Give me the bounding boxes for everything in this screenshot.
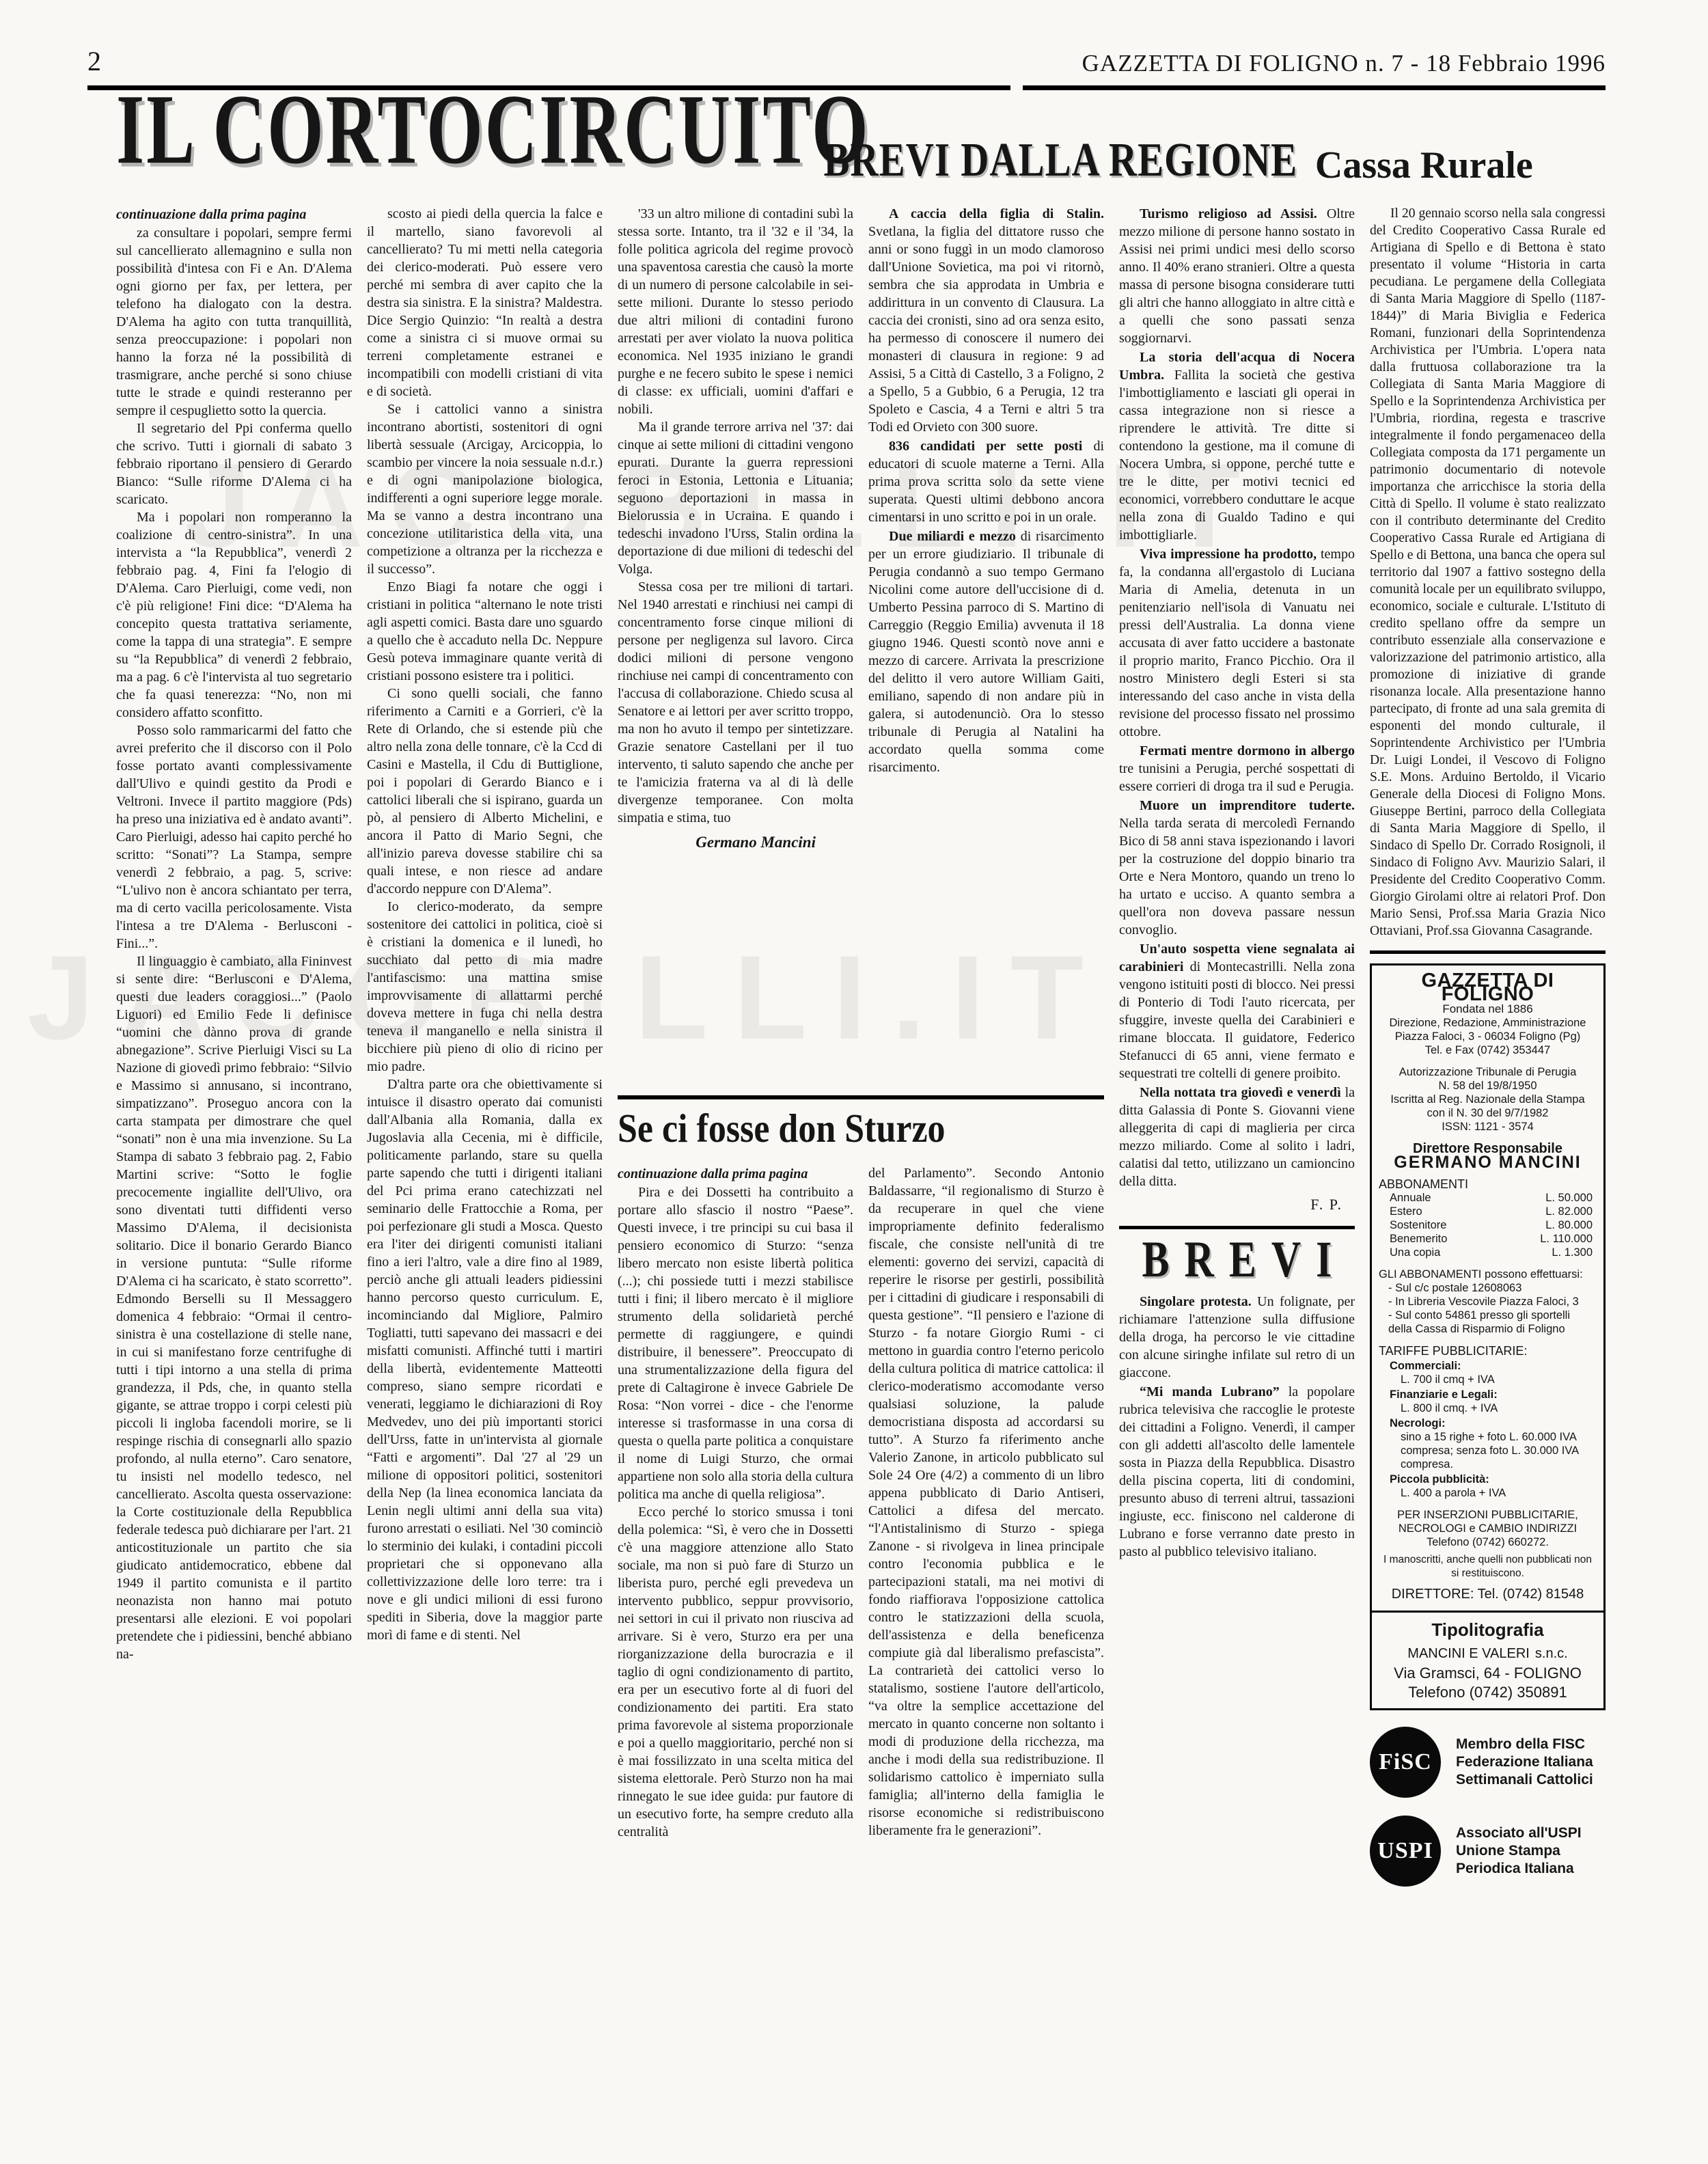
subscription-price: L. 82.000	[1545, 1205, 1593, 1218]
paragraph: Se i cattolici vanno a sinistra incontra…	[367, 400, 603, 578]
news-item-text: Oltre mezzo milione di persone hanno sos…	[1119, 206, 1355, 346]
news-item-text: la popolare rubrica televisiva che racco…	[1119, 1384, 1355, 1559]
paragraph: Enzo Biagi fa notare che oggi i cristian…	[367, 578, 603, 685]
news-item-lead: Nella nottata tra giovedì e venerdì	[1140, 1085, 1345, 1100]
print-shop-phone: Telefono (0742) 350891	[1377, 1684, 1598, 1701]
headline-il-cortocircuito: IL CORTOCIRCUITO	[116, 72, 824, 187]
news-item-lead: 836 candidati per sette posti	[889, 439, 1093, 454]
sturzo-columns: continuazione dalla prima pagina Pira e …	[618, 1164, 1104, 1841]
ad-contact: PER INSERZIONI PUBBLICITARIE, NECROLOGI …	[1379, 1508, 1597, 1549]
brevi-regione-column-1: A caccia della figlia di Stalin.Svetlana…	[868, 205, 1104, 1090]
subscription-row: Estero L. 82.000	[1379, 1205, 1597, 1218]
author-initials: F. P.	[1119, 1196, 1355, 1214]
section-divider	[1370, 950, 1606, 954]
subscription-row: Benemerito L. 110.000	[1379, 1232, 1597, 1246]
director-phone: DIRETTORE: Tel. (0742) 81548	[1379, 1587, 1597, 1601]
masthead-line: Autorizzazione Tribunale di Perugia	[1379, 1065, 1597, 1079]
subscription-label: Sostenitore	[1390, 1218, 1446, 1232]
paragraph: Stessa cosa per tre milioni di tartari. …	[618, 578, 853, 827]
subscriptions-title: ABBONAMENTI	[1379, 1177, 1597, 1191]
affiliations: FiSC Membro della FISCFederazione Italia…	[1370, 1727, 1606, 1887]
subscription-method: - Sul conto 54861 presso gli sportelli d…	[1379, 1309, 1597, 1336]
masthead-line: Piazza Faloci, 3 - 06034 Foligno (Pg)	[1379, 1030, 1597, 1043]
news-item: Nella nottata tra giovedì e venerdìla di…	[1119, 1084, 1355, 1190]
ad-rate-label: Necrologi:	[1379, 1416, 1597, 1430]
ad-rate: Necrologi: sino a 15 righe + foto L. 60.…	[1379, 1416, 1597, 1471]
subscription-note-title: GLI ABBONAMENTI possono effettuarsi:	[1379, 1268, 1597, 1281]
headline-se-ci-fosse-don-sturzo: Se ci fosse don Sturzo	[618, 1106, 1104, 1152]
news-item-lead: “Mi manda Lubrano”	[1140, 1384, 1289, 1399]
paragraph: Ci sono quelli sociali, che fanno riferi…	[367, 685, 603, 898]
column-text: Pira e dei Dossetti ha contribuito a por…	[618, 1183, 853, 1841]
news-item-text: la ditta Galassia di Ponte S. Giovanni v…	[1119, 1085, 1355, 1189]
news-item-lead: Singolare protesta.	[1140, 1294, 1257, 1309]
paragraph: Il segretario del Ppi conferma quello ch…	[116, 420, 352, 508]
subscription-price: L. 110.000	[1540, 1232, 1593, 1246]
paragraph: za consultare i popolari, sempre fermi s…	[116, 224, 352, 420]
subscription-price: L. 1.300	[1552, 1246, 1593, 1259]
subscription-price: L. 50.000	[1545, 1191, 1593, 1205]
news-item: A caccia della figlia di Stalin.Svetlana…	[868, 205, 1104, 436]
ad-rate: Commerciali: L. 700 il cmq + IVA	[1379, 1359, 1597, 1386]
news-item: Due miliardi e mezzodi risarcimento per …	[868, 528, 1104, 776]
news-item-text: di Montecastrilli. Nella zona vengono is…	[1119, 959, 1355, 1081]
masthead-line: N. 58 del 19/8/1950	[1379, 1079, 1597, 1093]
uspi-text: Associato all'USPIUnione StampaPeriodica…	[1456, 1824, 1582, 1878]
uspi-text-line: Periodica Italiana	[1456, 1860, 1582, 1878]
subscription-price: L. 80.000	[1545, 1218, 1593, 1232]
paragraph: '33 un altro milione di contadini subì l…	[618, 205, 853, 418]
subscription-method: - In Libreria Vescovile Piazza Faloci, 3	[1379, 1295, 1597, 1309]
cortocircuito-column-1: continuazione dalla prima pagina za cons…	[116, 205, 352, 2118]
print-shop-suffix: s.n.c.	[1535, 1646, 1568, 1661]
ad-rate-value: L. 700 il cmq + IVA	[1379, 1373, 1597, 1386]
cortocircuito-column-3: '33 un altro milione di contadini subì l…	[618, 205, 853, 1090]
subscription-label: Una copia	[1390, 1246, 1440, 1259]
news-item-lead: Turismo religioso ad Assisi.	[1140, 206, 1327, 221]
ad-rate-label: Piccola pubblicità:	[1379, 1473, 1597, 1486]
paragraph: Il linguaggio è cambiato, alla Fininvest…	[116, 953, 352, 1663]
ad-rate-label: Finanziarie e Legali:	[1379, 1388, 1597, 1401]
continuation-note: continuazione dalla prima pagina	[618, 1164, 853, 1183]
fisc-text-line: Membro della FISC	[1456, 1736, 1593, 1753]
news-item-lead: Due miliardi e mezzo	[889, 529, 1021, 544]
print-shop-address: Via Gramsci, 64 - FOLIGNO	[1377, 1665, 1598, 1682]
headline-cassa-rurale: Cassa Rurale	[1315, 143, 1606, 187]
news-item: La storia dell'acqua di Nocera Umbra.Fal…	[1119, 348, 1355, 544]
newspaper-page: JACOBILLI.IT JACOBILLI.IT 2 GAZZETTA DI …	[0, 0, 1708, 2164]
sturzo-article: Se ci fosse don Sturzo continuazione dal…	[618, 1095, 1104, 2118]
uspi-affiliation: USPI Associato all'USPIUnione StampaPeri…	[1370, 1816, 1606, 1887]
news-item-lead: Viva impressione ha prodotto,	[1140, 547, 1321, 562]
ad-rate-label: Commerciali:	[1379, 1359, 1597, 1373]
fisc-affiliation: FiSC Membro della FISCFederazione Italia…	[1370, 1727, 1606, 1798]
news-item: “Mi manda Lubrano”la popolare rubrica te…	[1119, 1383, 1355, 1561]
fisc-text: Membro della FISCFederazione ItalianaSet…	[1456, 1736, 1593, 1789]
print-shop-type: Tipolitografia	[1377, 1619, 1598, 1641]
paragraph: Ecco perché lo storico smussa i toni del…	[618, 1503, 853, 1841]
subscription-row: Una copia L. 1.300	[1379, 1246, 1597, 1259]
paragraph: Io clerico-moderato, da sempre sostenito…	[367, 898, 603, 1076]
subscription-rows: Annuale L. 50.000 Estero L. 82.000 Soste…	[1379, 1191, 1597, 1259]
paragraph: del Parlamento”. Secondo Antonio Baldass…	[868, 1164, 1104, 1839]
news-item: Fermati mentre dormono in albergotre tun…	[1119, 742, 1355, 795]
column-text: scosto ai piedi della quercia la falce e…	[367, 205, 603, 1644]
masthead-address: Direzione, Redazione, AmministrazionePia…	[1379, 1016, 1597, 1057]
brevi-regione-column-2: Turismo religioso ad Assisi.Oltre mezzo …	[1119, 205, 1355, 2118]
news-item-text: Svetlana, la figlia del dittatore russo …	[868, 224, 1104, 435]
masthead-line: Tel. e Fax (0742) 353447	[1379, 1043, 1597, 1057]
uspi-logo-icon: USPI	[1370, 1816, 1441, 1887]
masthead-legal: Autorizzazione Tribunale di PerugiaN. 58…	[1379, 1065, 1597, 1134]
ad-rate-value: sino a 15 righe + foto L. 60.000 IVA com…	[1379, 1430, 1597, 1471]
subscription-label: Annuale	[1390, 1191, 1431, 1205]
ad-rate: Piccola pubblicità: L. 400 a parola + IV…	[1379, 1473, 1597, 1500]
continuation-note: continuazione dalla prima pagina	[116, 205, 352, 224]
ad-rate-value: L. 400 a parola + IVA	[1379, 1486, 1597, 1500]
news-item: Viva impressione ha prodotto,tempo fa, l…	[1119, 545, 1355, 741]
content-grid: continuazione dalla prima pagina za cons…	[116, 205, 1606, 2118]
issue-line: GAZZETTA DI FOLIGNO n. 7 - 18 Febbraio 1…	[1082, 50, 1606, 77]
news-item-text: Fallita la società che gestiva l'imbotti…	[1119, 368, 1355, 543]
column-text: '33 un altro milione di contadini subì l…	[618, 205, 853, 827]
news-item: Un'auto sospetta viene segnalata ai cara…	[1119, 940, 1355, 1082]
subscription-label: Estero	[1390, 1205, 1422, 1218]
subscription-methods: - Sul c/c postale 12608063- In Libreria …	[1379, 1281, 1597, 1336]
news-item: Muore un imprenditore tuderte.Nella tard…	[1119, 797, 1355, 939]
subscription-row: Annuale L. 50.000	[1379, 1191, 1597, 1205]
ad-rates: Commerciali: L. 700 il cmq + IVA Finanzi…	[1379, 1359, 1597, 1500]
news-item: 836 candidati per sette postidi educator…	[868, 437, 1104, 526]
paragraph: Ma i popolari non romperanno la coalizio…	[116, 508, 352, 722]
news-item-text: tre tunisini a Perugia, perché sospettat…	[1119, 761, 1355, 794]
paragraph: Ma il grande terrore arriva nel '37: dai…	[618, 418, 853, 578]
fisc-text-line: Settimanali Cattolici	[1456, 1771, 1593, 1789]
print-shop-box: Tipolitografia MANCINI E VALERI s.n.c. V…	[1370, 1613, 1606, 1710]
uspi-text-line: Associato all'USPI	[1456, 1824, 1582, 1842]
sturzo-column-2: del Parlamento”. Secondo Antonio Baldass…	[868, 1164, 1104, 1841]
ad-rates-title: TARIFFE PUBBLICITARIE:	[1379, 1344, 1597, 1358]
news-item: Singolare protesta.Un folignate, per ric…	[1119, 1293, 1355, 1382]
director-name: GERMANO MANCINI	[1379, 1155, 1597, 1169]
paragraph: scosto ai piedi della quercia la falce e…	[367, 205, 603, 400]
uspi-text-line: Unione Stampa	[1456, 1842, 1582, 1860]
headlines-row: IL CORTOCIRCUITO BREVI DALLA REGIONE Cas…	[116, 104, 1606, 187]
fisc-text-line: Federazione Italiana	[1456, 1753, 1593, 1771]
page-number: 2	[87, 45, 101, 77]
news-item: Turismo religioso ad Assisi.Oltre mezzo …	[1119, 205, 1355, 347]
news-items: Singolare protesta.Un folignate, per ric…	[1119, 1293, 1355, 1561]
news-item-lead: A caccia della figlia di Stalin.	[889, 206, 1104, 221]
paragraph: Pira e dei Dossetti ha contribuito a por…	[618, 1183, 853, 1503]
headline-brevi-dalla-regione: BREVI DALLA REGIONE	[824, 133, 1315, 187]
news-items: Turismo religioso ad Assisi.Oltre mezzo …	[1119, 205, 1355, 1190]
news-item-text: Nella tarda serata di mercoledì Fernando…	[1119, 816, 1355, 937]
masthead-line: Direzione, Redazione, Amministrazione	[1379, 1016, 1597, 1030]
sturzo-column-1: continuazione dalla prima pagina Pira e …	[618, 1164, 853, 1841]
print-shop-name: MANCINI E VALERI s.n.c.	[1377, 1641, 1598, 1663]
masthead-line: Iscritta al Reg. Nazionale della Stampa	[1379, 1093, 1597, 1106]
paragraph: D'altra parte ora che obiettivamente si …	[367, 1076, 603, 1644]
print-shop-name-text: MANCINI E VALERI	[1407, 1646, 1530, 1661]
subscription-method: - Sul c/c postale 12608063	[1379, 1281, 1597, 1295]
headline-brevi: BREVI	[1119, 1230, 1355, 1289]
masthead-title: GAZZETTA DI FOLIGNO	[1379, 974, 1597, 1001]
masthead-founded: Fondata nel 1886	[1379, 1002, 1597, 1016]
right-column: Il 20 gennaio scorso nella sala congress…	[1370, 205, 1606, 2118]
cassa-rurale-body: Il 20 gennaio scorso nella sala congress…	[1370, 205, 1606, 940]
masthead-line: con il N. 30 del 9/7/1982	[1379, 1106, 1597, 1120]
paragraph: Posso solo rammaricarmi del fatto che av…	[116, 722, 352, 953]
news-item-text: di risarcimento per un errore giudiziari…	[868, 529, 1104, 775]
author-signature: Germano Mancini	[618, 834, 853, 851]
manuscripts-note: I manoscritti, anche quelli non pubblica…	[1379, 1553, 1597, 1580]
section-divider	[1119, 1226, 1355, 1229]
masthead-line: ISSN: 1121 - 3574	[1379, 1120, 1597, 1134]
news-item-text: tempo fa, la condanna all'ergastolo di L…	[1119, 547, 1355, 739]
subscription-row: Sostenitore L. 80.000	[1379, 1218, 1597, 1232]
news-items: A caccia della figlia di Stalin.Svetlana…	[868, 205, 1104, 776]
column-text: del Parlamento”. Secondo Antonio Baldass…	[868, 1164, 1104, 1839]
ad-rate: Finanziarie e Legali: L. 800 il cmq. + I…	[1379, 1388, 1597, 1415]
news-item-lead: Fermati mentre dormono in albergo	[1140, 743, 1355, 758]
news-item-lead: Muore un imprenditore tuderte.	[1140, 798, 1355, 813]
subscription-label: Benemerito	[1390, 1232, 1447, 1246]
masthead-box: GAZZETTA DI FOLIGNO Fondata nel 1886 Dir…	[1370, 963, 1606, 1613]
column-text: za consultare i popolari, sempre fermi s…	[116, 224, 352, 1663]
fisc-logo-icon: FiSC	[1370, 1727, 1441, 1798]
ad-rate-value: L. 800 il cmq. + IVA	[1379, 1401, 1597, 1415]
cortocircuito-column-2: scosto ai piedi della quercia la falce e…	[367, 205, 603, 2118]
